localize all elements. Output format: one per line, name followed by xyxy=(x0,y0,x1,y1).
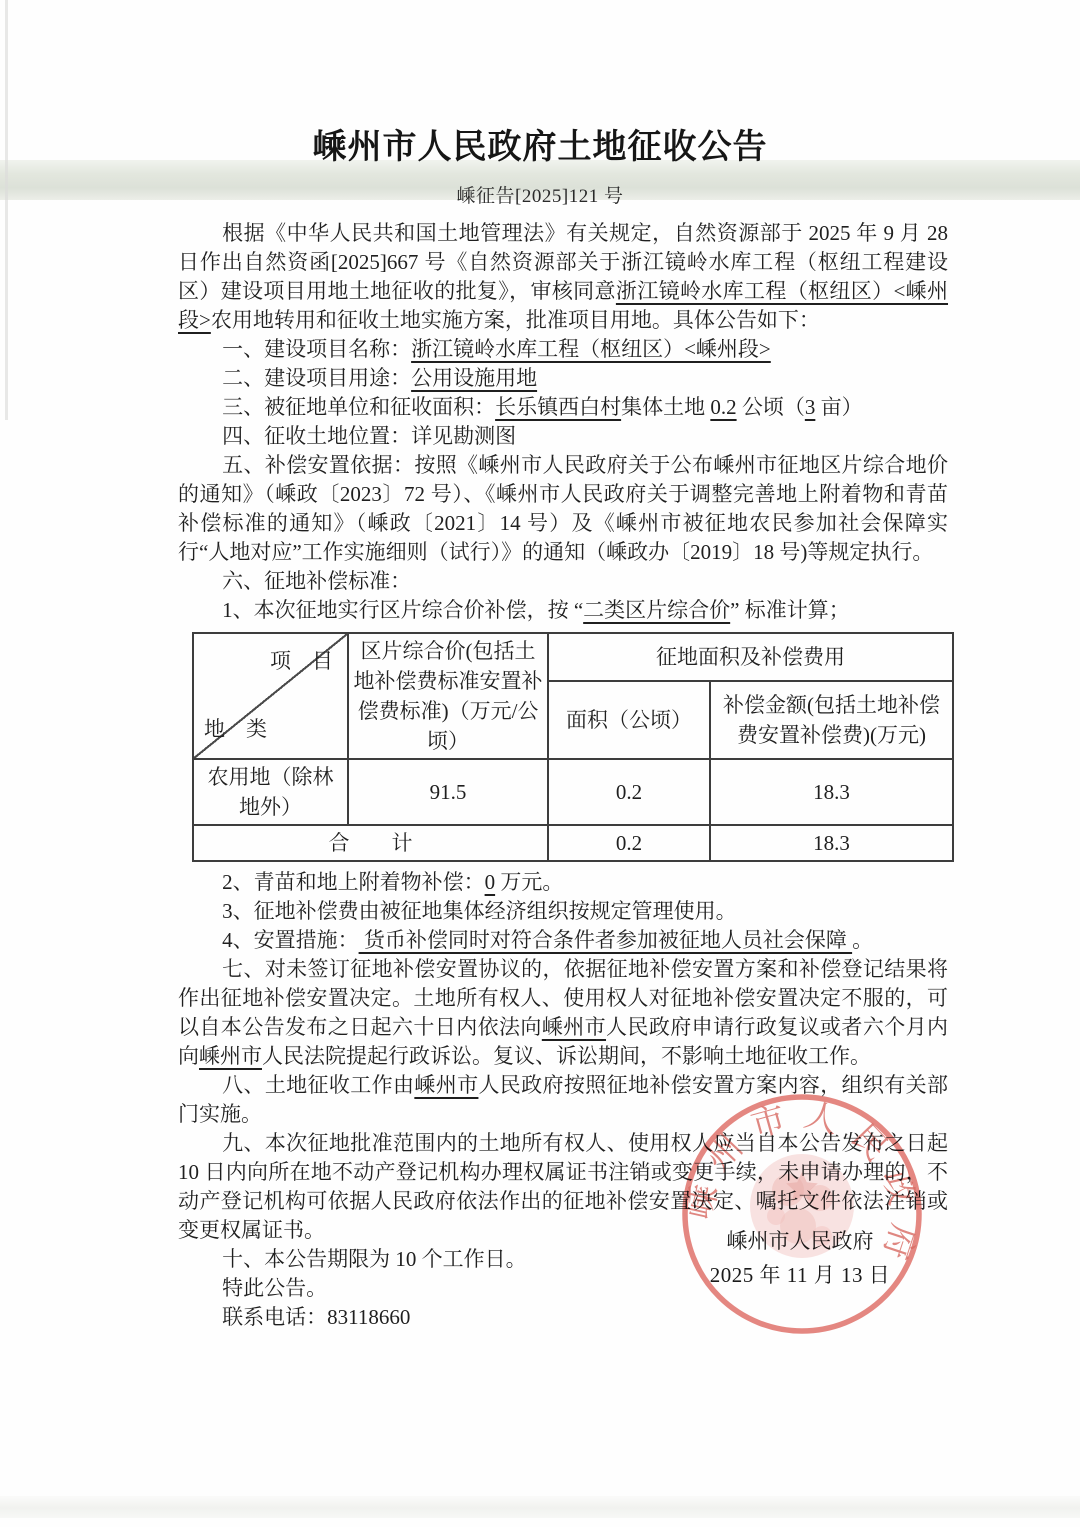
corner-label-landtype: 地 类 xyxy=(204,714,267,744)
clause-2-value: 公用设施用地 xyxy=(411,366,537,390)
intro-text-end: 农用地转用和征收土地实施方案，批准项目用地。具体公告如下： xyxy=(211,308,820,332)
signature-date: 2025 年 11 月 13 日 xyxy=(700,1260,900,1290)
clause-6: 六、征地补偿标准： xyxy=(178,567,948,596)
clause-6-3: 3、征地补偿费由被征地集体经济组织按规定管理使用。 xyxy=(178,897,948,926)
area-cell: 0.2 xyxy=(548,759,710,825)
area-hectares-underlined: 0.2 xyxy=(710,395,736,419)
clause-4-label: 四、征收土地位置： xyxy=(222,424,411,448)
signature-block: 嵊州市人民政府 2025 年 11 月 13 日 xyxy=(700,1226,900,1290)
amount-column-header: 补偿金额(包括土地补偿费安置补偿费)(万元) xyxy=(710,681,953,759)
table-total-row: 合 计 0.2 18.3 xyxy=(193,825,953,861)
clause-1-value: 浙江镜岭水库工程（枢纽区）<嵊州段> xyxy=(411,337,771,361)
clause-3: 三、被征地单位和征收面积：长乐镇西白村集体土地 0.2 公顷（3 亩） xyxy=(178,393,948,422)
clause-7: 七、对未签订征地补偿安置协议的，依据征地补偿安置方案和补偿登记结果将作出征地补偿… xyxy=(178,955,948,1071)
clause-8: 八、土地征收工作由嵊州市人民政府按照征地补偿安置方案内容，组织有关部门实施。 xyxy=(178,1071,948,1129)
clause-6-1: 1、本次征地实行区片综合价补偿，按 “二类区片综合价” 标准计算； xyxy=(178,596,948,625)
total-area-cell: 0.2 xyxy=(548,825,710,861)
group-header: 征地面积及补偿费用 xyxy=(548,633,953,681)
compensation-table: 项 目 地 类 区片综合价(包括土地补偿费标准安置补偿费标准)（万元/公顷） 征… xyxy=(192,632,954,862)
area-column-header: 面积（公顷） xyxy=(548,681,710,759)
table-row: 农用地（除林地外） 91.5 0.2 18.3 xyxy=(193,759,953,825)
page-title: 嵊州市人民政府土地征收公告 xyxy=(0,0,1080,168)
resettlement-measure-underlined: 货币补偿同时对符合条件者参加被征地人员社会保障 xyxy=(359,928,853,952)
corner-label-item: 项 目 xyxy=(270,646,333,676)
clause-3-label: 三、被征地单位和征收面积： xyxy=(222,395,495,419)
signature-name: 嵊州市人民政府 xyxy=(700,1226,900,1256)
total-amount-cell: 18.3 xyxy=(710,825,953,861)
compensation-table-wrapper: 项 目 地 类 区片综合价(包括土地补偿费标准安置补偿费标准)（万元/公顷） 征… xyxy=(192,632,948,862)
contact-phone: 联系电话：83118660 xyxy=(178,1303,948,1332)
document-number: 嵊征告[2025]121 号 xyxy=(0,181,1080,208)
city-name-underlined: 嵊州市 xyxy=(542,1015,606,1039)
price-column-header: 区片综合价(包括土地补偿费标准安置补偿费标准)（万元/公顷） xyxy=(348,633,548,759)
clause-1-label: 一、建设项目名称： xyxy=(222,337,411,361)
area-mu-underlined: 3 xyxy=(805,395,816,419)
scan-artifact-band-bottom xyxy=(0,1496,1080,1518)
village-name-underlined: 长乐镇西白村 xyxy=(495,395,621,419)
clause-4-value: 详见勘测图 xyxy=(411,424,516,448)
total-label-cell: 合 计 xyxy=(193,825,548,861)
table-header-row-1: 项 目 地 类 区片综合价(包括土地补偿费标准安置补偿费标准)（万元/公顷） 征… xyxy=(193,633,953,681)
clause-4: 四、征收土地位置：详见勘测图 xyxy=(178,422,948,451)
price-tier-underlined: 二类区片综合价 xyxy=(583,598,730,622)
clause-6-2: 2、青苗和地上附着物补偿：0 万元。 xyxy=(178,868,948,897)
scanned-announcement-page: 嵊州市人民政府土地征收公告 嵊征告[2025]121 号 根据《中华人民共和国土… xyxy=(0,0,1080,1527)
intro-paragraph: 根据《中华人民共和国土地管理法》有关规定，自然资源部于 2025 年 9 月 2… xyxy=(178,219,948,335)
city-name-underlined: 嵊州市 xyxy=(414,1073,478,1097)
table-corner-cell: 项 目 地 类 xyxy=(193,633,348,759)
amount-cell: 18.3 xyxy=(710,759,953,825)
clause-6-4: 4、安置措施： 货币补偿同时对符合条件者参加被征地人员社会保障 。 xyxy=(178,926,948,955)
clause-5: 五、补偿安置依据：按照《嵊州市人民政府关于公布嵊州市征地区片综合地价的通知》（嵊… xyxy=(178,451,948,567)
landtype-cell: 农用地（除林地外） xyxy=(193,759,348,825)
price-cell: 91.5 xyxy=(348,759,548,825)
seedling-amount-underlined: 0 xyxy=(485,870,496,894)
clause-1: 一、建设项目名称：浙江镜岭水库工程（枢纽区）<嵊州段> xyxy=(178,335,948,364)
clause-2-label: 二、建设项目用途： xyxy=(222,366,411,390)
city-name-underlined: 嵊州市 xyxy=(199,1044,262,1068)
clause-2: 二、建设项目用途：公用设施用地 xyxy=(178,364,948,393)
document-body: 根据《中华人民共和国土地管理法》有关规定，自然资源部于 2025 年 9 月 2… xyxy=(178,219,948,1332)
